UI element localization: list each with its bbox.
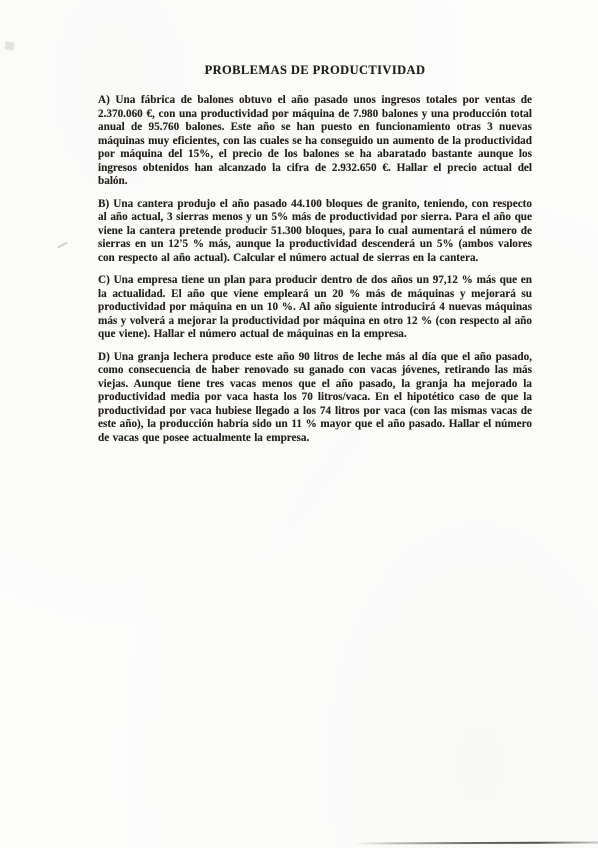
- scanned-document-page: PROBLEMAS DE PRODUCTIVIDAD A) Una fábric…: [0, 0, 598, 848]
- scan-line-artifact: [354, 841, 598, 844]
- problem-c-paragraph: C) Una empresa tiene un plan para produc…: [98, 274, 532, 342]
- document-body: PROBLEMAS DE PRODUCTIVIDAD A) Una fábric…: [98, 63, 532, 454]
- scan-smudge-artifact: [4, 41, 14, 50]
- pencil-tick-mark: [57, 242, 68, 249]
- problem-a-paragraph: A) Una fábrica de balones obtuvo el año …: [98, 94, 532, 189]
- document-title: PROBLEMAS DE PRODUCTIVIDAD: [98, 63, 532, 78]
- problem-d-paragraph: D) Una granja lechera produce este año 9…: [98, 351, 532, 446]
- problem-b-paragraph: B) Una cantera produjo el año pasado 44.…: [98, 198, 532, 266]
